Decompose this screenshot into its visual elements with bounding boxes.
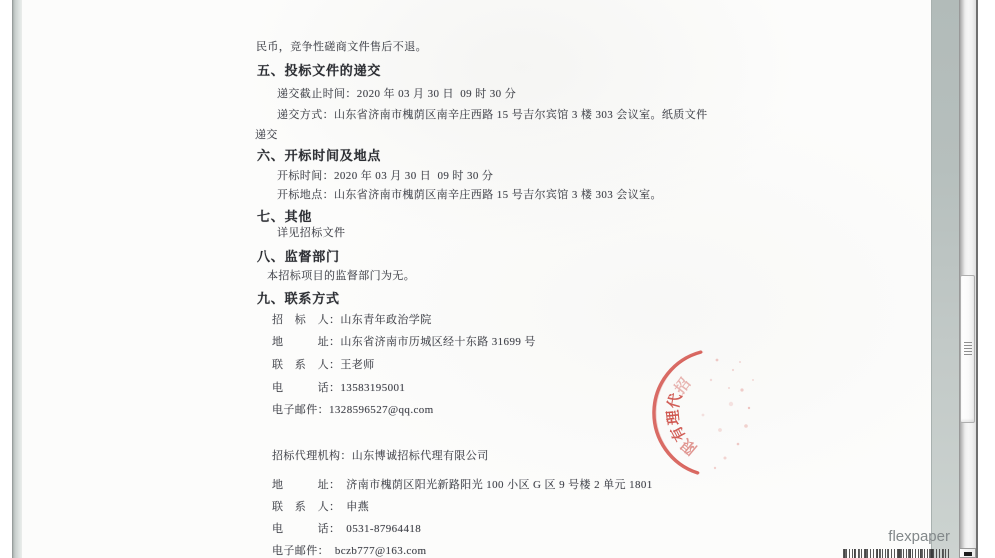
flexpaper-viewer: 民币，竞争性磋商文件售后不退。 五、投标文件的递交 递交截止时间：2020 年 … xyxy=(0,0,995,558)
flexpaper-brand-label: flexpaper xyxy=(850,528,950,545)
seal-char: 招 xyxy=(670,375,694,399)
doc-line: 地 址： 济南市槐荫区阳光新路阳光 100 小区 G 区 9 号楼 2 单元 1… xyxy=(272,476,653,492)
section-heading: 九、联系方式 xyxy=(257,288,340,307)
doc-line: 电子邮件：1328596527@qq.com xyxy=(272,401,434,417)
seal-char: 有 xyxy=(667,423,690,445)
doc-line: 本招标项目的监督部门为无。 xyxy=(267,267,415,283)
barcode xyxy=(843,549,950,558)
doc-line: 联 系 人： 申燕 xyxy=(272,498,369,514)
seal-char: 理 xyxy=(664,408,683,426)
doc-line: 联 系 人：王老师 xyxy=(272,356,375,372)
scroll-down-button[interactable] xyxy=(959,548,976,558)
seal-speckles xyxy=(702,359,754,470)
doc-line: 电子邮件： bczb777@163.com xyxy=(272,542,426,558)
doc-line: 地 址：山东省济南市历城区经十东路 31699 号 xyxy=(272,333,536,349)
doc-line: 民币，竞争性磋商文件售后不退。 xyxy=(256,38,427,54)
viewer-left-edge xyxy=(12,0,22,558)
section-heading: 五、投标文件的递交 xyxy=(257,60,381,79)
grip-icon xyxy=(964,342,972,356)
doc-line: 招标代理机构：山东博诚招标代理有限公司 xyxy=(272,447,489,463)
doc-line: 详见招标文件 xyxy=(277,224,345,240)
section-heading: 八、监督部门 xyxy=(257,246,340,265)
arrow-down-icon xyxy=(964,552,972,556)
doc-line: 开标时间：2020 年 03 月 30 日 09 时 30 分 xyxy=(277,167,493,183)
doc-line: 递交 xyxy=(255,126,278,142)
seal-char: 限 xyxy=(677,435,700,458)
section-heading: 七、其他 xyxy=(257,206,312,225)
viewer-background xyxy=(931,0,960,558)
doc-line: 开标地点：山东省济南市槐荫区南辛庄西路 15 号吉尔宾馆 3 楼 303 会议室… xyxy=(277,186,662,202)
window-right-margin xyxy=(978,0,995,558)
seal-stamp: 招 代 理 有 限 xyxy=(645,340,775,485)
doc-line: 招 标 人：山东青年政治学院 xyxy=(272,311,432,327)
doc-line: 递交方式：山东省济南市槐荫区南辛庄西路 15 号吉尔宾馆 3 楼 303 会议室… xyxy=(277,106,708,122)
doc-line: 电 话： 0531-87964418 xyxy=(272,520,421,536)
doc-line: 递交截止时间：2020 年 03 月 30 日 09 时 30 分 xyxy=(277,85,516,101)
doc-line: 电 话：13583195001 xyxy=(272,379,405,395)
scrollbar-thumb[interactable] xyxy=(960,275,975,423)
seal-char: 代 xyxy=(664,390,686,410)
section-heading: 六、开标时间及地点 xyxy=(257,145,381,164)
vertical-scrollbar[interactable] xyxy=(959,0,978,558)
document-page: 民币，竞争性磋商文件售后不退。 五、投标文件的递交 递交截止时间：2020 年 … xyxy=(22,0,931,558)
